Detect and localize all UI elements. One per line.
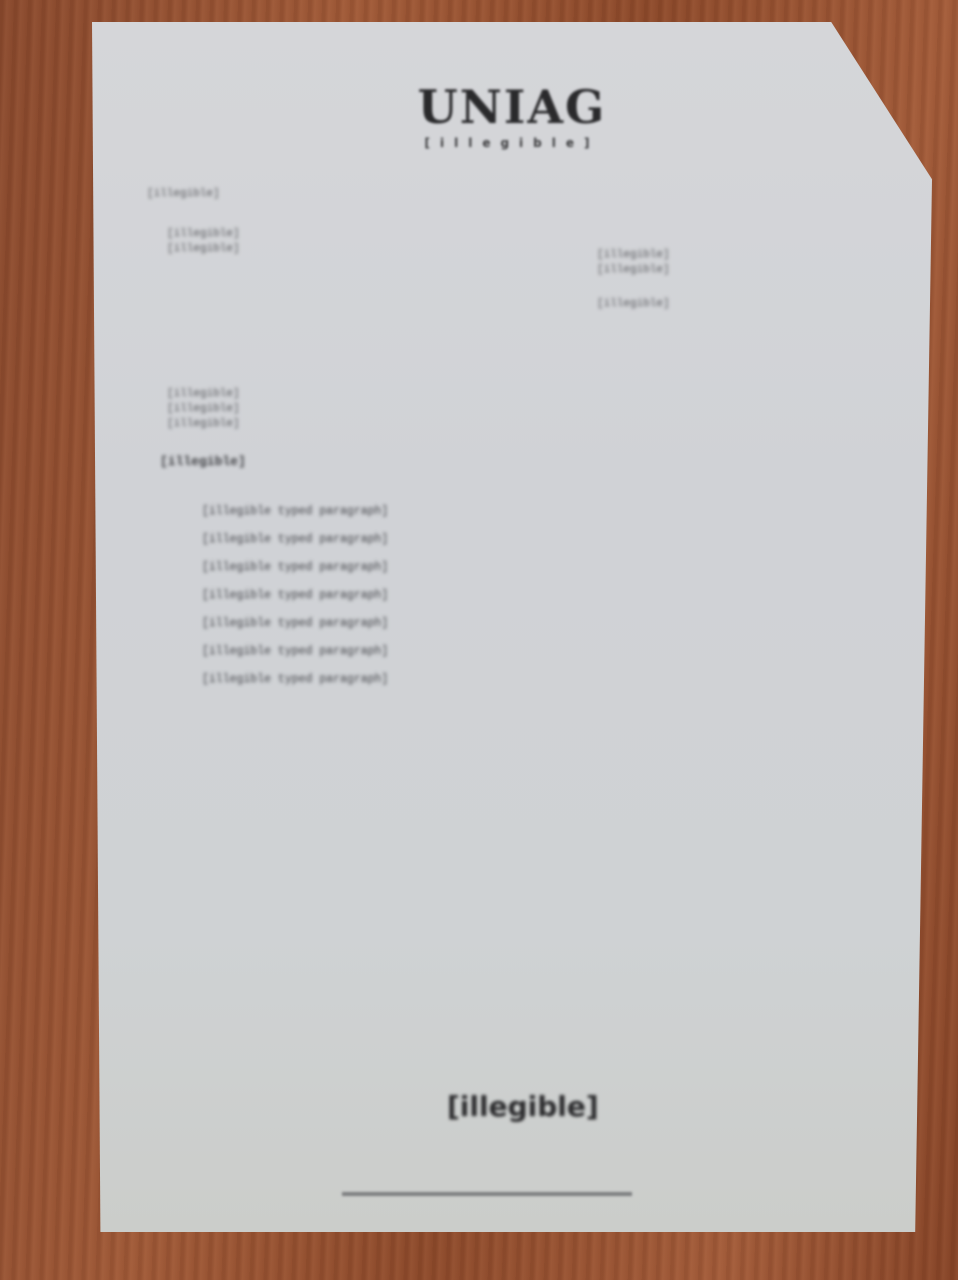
address-line: [illegible] — [597, 263, 817, 278]
recipient-line: [illegible] — [167, 417, 427, 432]
letter-body: [illegible typed paragraph] [illegible t… — [162, 492, 832, 700]
body-paragraph: [illegible typed paragraph] — [162, 616, 832, 632]
sender-block-line: [illegible] — [167, 242, 387, 257]
recipient-line: [illegible] — [167, 387, 427, 402]
sender-block-line: [illegible] — [167, 227, 387, 242]
body-paragraph: [illegible typed paragraph] — [162, 644, 832, 660]
body-paragraph: [illegible typed paragraph] — [162, 532, 832, 548]
address-block: [illegible] [illegible] — [597, 248, 817, 278]
company-subtitle: [illegible] — [402, 136, 622, 150]
body-paragraph: [illegible typed paragraph] — [162, 504, 832, 520]
letterhead: UNIAG [illegible] — [402, 84, 622, 150]
company-logo: UNIAG — [402, 84, 622, 130]
signature-mark: [illegible] — [447, 1090, 507, 1130]
body-paragraph: [illegible typed paragraph] — [162, 560, 832, 576]
letter-date: [illegible] — [597, 297, 717, 312]
letter-page: UNIAG [illegible] [illegible] [illegible… — [92, 22, 932, 1232]
sender-line: [illegible] — [147, 187, 427, 202]
salutation: [illegible] — [160, 454, 246, 469]
address-line: [illegible] — [597, 248, 817, 263]
recipient-address: [illegible] [illegible] [illegible] — [167, 387, 427, 432]
body-paragraph: [illegible typed paragraph] — [162, 672, 832, 688]
footer-rule — [342, 1192, 632, 1196]
sender-block: [illegible] [illegible] — [167, 227, 387, 257]
recipient-line: [illegible] — [167, 402, 427, 417]
body-paragraph: [illegible typed paragraph] — [162, 588, 832, 604]
